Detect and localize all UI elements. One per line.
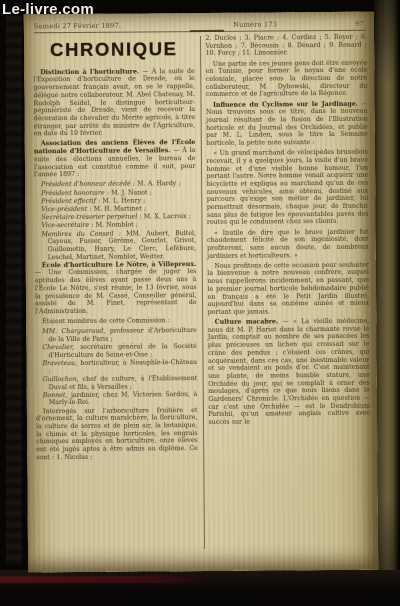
paragraph: Interrogés sur l'arboriculture fruitière… <box>36 407 198 462</box>
paragraph-heading: École d'horticulture Le Nôtre, à Villepr… <box>42 261 197 269</box>
header-date: Samedi 27 Février 1897. <box>34 22 121 31</box>
paragraph-heading: Distinction à l'horticulture. <box>40 68 139 76</box>
watermark-text: Le-livre.com <box>2 1 94 18</box>
paragraph: Une partie de ces jeunes gens doit être … <box>206 59 368 99</box>
item-role-label: Guillochon, <box>43 376 79 383</box>
page-title: CHRONIQUE <box>33 38 195 62</box>
paragraph: « Un grand marchand de vélocipèdes bruxe… <box>206 149 368 227</box>
item-role-label: Vice-président : <box>41 206 91 213</box>
paragraph: « Inutile de dire que le brave jardinier… <box>207 228 369 260</box>
paragraph: Chevalier, secrétaire général de la Soci… <box>35 343 197 360</box>
paragraph: 2. Duclos ; 3. Piacre ; 4. Curdiez ; 5. … <box>205 34 367 58</box>
item-role-label: Président effectif : <box>41 198 100 205</box>
paragraph: MM. Chargueraud, professeur d'Arboricult… <box>35 327 197 344</box>
item-role-label: MM. Chargueraud, <box>42 328 105 335</box>
right-column: 2. Duclos ; 3. Piacre ; 4. Curdiez ; 5. … <box>205 34 371 551</box>
paragraph: Influence du Cyclisme sur le Jardinage. … <box>206 100 368 147</box>
text-columns: CHRONIQUE Distinction à l'horticulture. … <box>33 34 371 553</box>
scanned-page: Samedi 27 Février 1897. Numéro 173 97 CH… <box>24 12 378 573</box>
paragraph: Bonnet, jardinier, chez M. Victorien Sar… <box>36 391 198 408</box>
left-column: CHRONIQUE Distinction à l'horticulture. … <box>33 35 199 552</box>
book-spine <box>374 0 400 606</box>
paragraph: Guillochon, chef de culture, à l'Établis… <box>36 375 198 392</box>
item-role-label: Président honoraire : <box>41 189 109 197</box>
item-role-label: Braveteau, <box>43 360 78 367</box>
item-role-label: Vice-secrétaire : <box>41 222 93 229</box>
paragraph: Étaient membres de cette Commission : <box>35 317 197 326</box>
header-issue-number: Numéro 173 <box>233 20 277 28</box>
paragraph: Culture macabre. — « La vieille médecine… <box>208 318 370 427</box>
item-role-label: Membres du Conseil : <box>42 230 121 238</box>
item-role-label: Secrétaire-trésorier perpétuel : <box>41 214 141 222</box>
paragraph: École d'horticulture Le Nôtre, à Villepr… <box>35 261 197 316</box>
header-page-number: 97 <box>355 20 364 28</box>
paragraph: Président d'honneur décédé : M. A. Hardy… <box>34 180 196 189</box>
facing-page-edge <box>6 16 22 564</box>
column-divider <box>200 36 205 549</box>
paragraph: Secrétaire-trésorier perpétuel : M. X. L… <box>34 213 196 222</box>
cover-red-edge <box>0 576 215 583</box>
item-role-label: Président d'honneur décédé : <box>41 181 135 189</box>
paragraph: Braveteau, horticulteur, à Neauphle-le-C… <box>36 359 198 376</box>
item-role-label: Bonnet, <box>43 392 68 399</box>
paragraph-heading: Influence du Cyclisme sur le Jardinage. <box>213 100 358 108</box>
paragraph: Distinction à l'horticulture. — À la sui… <box>33 68 195 138</box>
paragraph-heading: Culture macabre. <box>215 318 279 325</box>
paragraph: Association des anciens Élèves de l'Écol… <box>34 139 196 179</box>
paragraph: Membres du Conseil : MM. Aubert, Bultel,… <box>35 230 197 262</box>
header-rule-tick <box>190 30 224 32</box>
paragraph-heading: Association des anciens Élèves de l'Écol… <box>34 139 195 155</box>
item-role-label: Chevalier, <box>42 344 74 351</box>
paragraph: Nous profitons de cette occasion pour so… <box>207 261 369 316</box>
